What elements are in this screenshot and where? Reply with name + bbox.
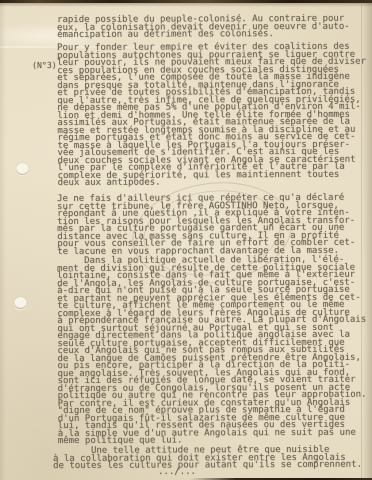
marginal-note: (N°3) bbox=[32, 62, 57, 70]
scanned-typewritten-page: (N°3) rapide possible du peuple-colonisé… bbox=[0, 0, 372, 480]
page-edge-top-shadow bbox=[0, 3, 372, 7]
punch-hole-bottom bbox=[14, 297, 27, 309]
paragraph-4: Dans la politique actuelle de libération… bbox=[57, 257, 367, 446]
paragraph-1: rapide possible du peuple-colonisé. Au c… bbox=[57, 16, 350, 40]
continuation-mark: .../... bbox=[158, 469, 196, 477]
paragraph-5: Une telle attitude ne peut être que nuis… bbox=[53, 447, 362, 471]
page-edge-right-line bbox=[361, 0, 362, 480]
punch-hole-top bbox=[16, 163, 29, 175]
paragraph-2: Pour y fonder leur empire et éviter des … bbox=[57, 44, 366, 188]
page-edge-right bbox=[362, 0, 372, 480]
paragraph-3: Je ne fais d'ailleurs ici que répéter ce… bbox=[57, 195, 355, 256]
page-edge-left bbox=[0, 0, 6, 480]
